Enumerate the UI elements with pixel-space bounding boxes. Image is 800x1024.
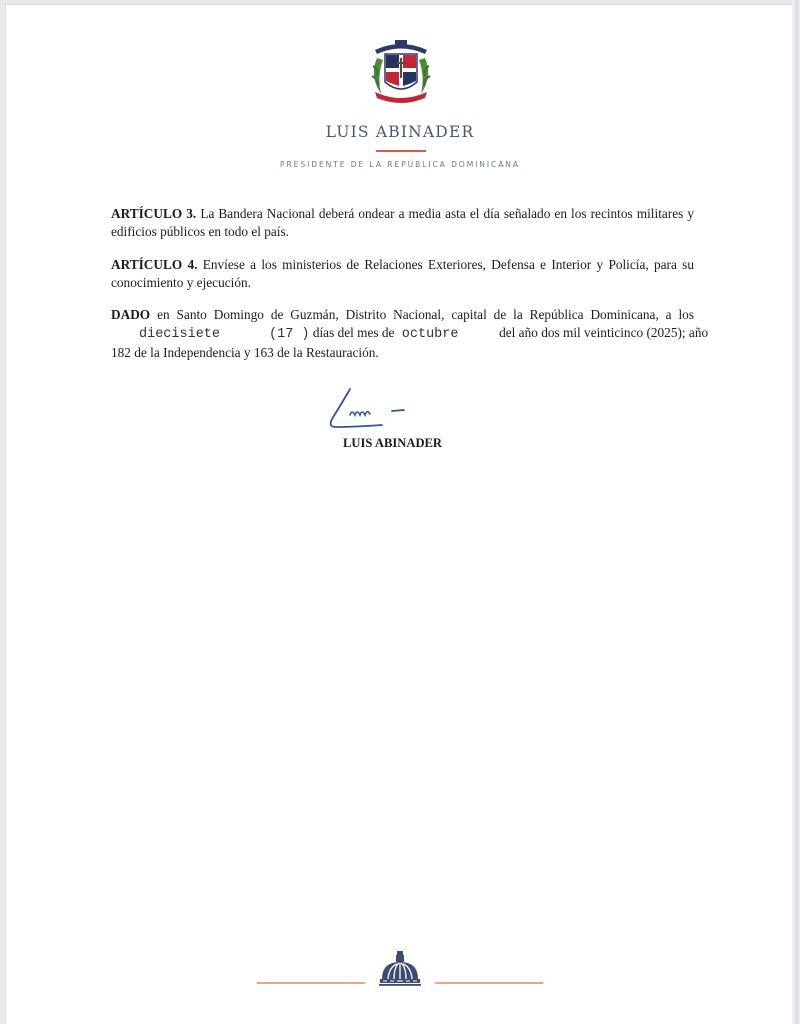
article-3: ARTÍCULO 3. La Bandera Nacional deberá o…: [111, 205, 694, 241]
coat-of-arms-icon: [367, 36, 435, 108]
footer-rule-right: [435, 982, 543, 984]
dado-line1: en Santo Domingo de Guzmán, Distrito Nac…: [157, 307, 694, 322]
letterhead-accent-rule: [376, 150, 426, 152]
signatory-name: LUIS ABINADER: [343, 436, 442, 451]
signature-mark: [322, 385, 442, 435]
page-edge: [792, 0, 800, 1024]
palace-dome-icon: [377, 951, 423, 989]
article-4: ARTÍCULO 4. Envíese a los ministerios de…: [111, 256, 694, 292]
dado-paragraph: DADO en Santo Domingo de Guzmán, Distrit…: [111, 306, 694, 362]
document-page: [6, 5, 792, 1024]
letterhead-subtitle: PRESIDENTE DE LA REPÚBLICA DOMINICANA: [0, 160, 800, 169]
month: octubre: [398, 326, 482, 344]
article-3-label: ARTÍCULO 3.: [111, 206, 196, 221]
day-number: (17 ): [269, 327, 310, 342]
day-words: diecisiete: [111, 326, 231, 344]
dado-date-line: diecisiete(17 ) días del mes de octubre …: [111, 324, 694, 344]
letterhead-name: LUIS ABINADER: [0, 123, 800, 141]
article-3-text: La Bandera Nacional deberá ondear a medi…: [111, 206, 694, 239]
article-4-text: Envíese a los ministerios de Relaciones …: [111, 257, 694, 290]
dado-mid-text: días del mes de: [313, 325, 395, 340]
dado-year-text: del año dos mil veinticinco (2025); año: [499, 325, 708, 340]
dado-label: DADO: [111, 307, 150, 322]
article-4-label: ARTÍCULO 4.: [111, 257, 197, 272]
dado-line3: 182 de la Independencia y 163 de la Rest…: [111, 344, 694, 362]
footer-rule-left: [257, 982, 365, 984]
